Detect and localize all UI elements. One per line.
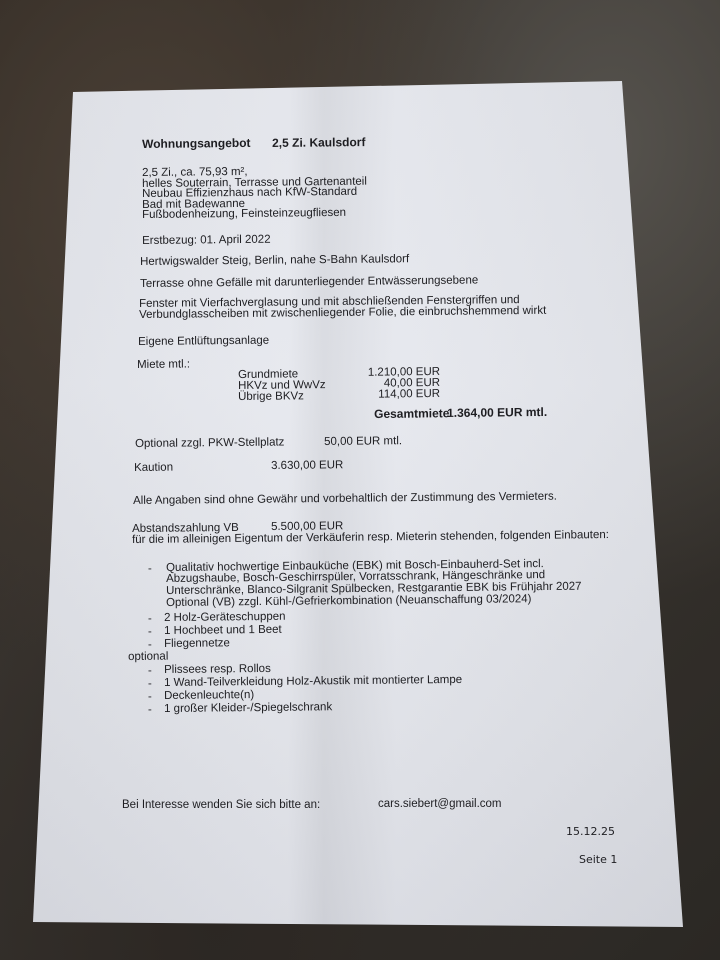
- list-item: Deckenleuchte(n): [164, 689, 254, 703]
- rent-item-name: Übrige BKVz: [238, 390, 304, 404]
- list-bullet: -: [148, 613, 152, 625]
- rent-label: Miete mtl.:: [137, 358, 190, 372]
- contact-email[interactable]: cars.siebert@gmail.com: [378, 798, 502, 811]
- list-bullet: -: [148, 639, 152, 651]
- rent-item-amount: 114,00 EUR: [340, 388, 440, 402]
- list-item: 1 großer Kleider-/Spiegelschrank: [164, 701, 332, 716]
- total-rent-amount: 1.364,00 EUR mtl.: [447, 406, 547, 420]
- list-item: 1 Hochbeet und 1 Beet: [164, 624, 282, 638]
- parking-amount: 50,00 EUR mtl.: [324, 435, 402, 449]
- total-rent-label: Gesamtmiete: [374, 407, 450, 421]
- list-bullet: -: [148, 691, 152, 703]
- deposit-amount: 3.630,00 EUR: [271, 459, 343, 473]
- feature-line: Fußbodenheizung, Feinsteinzeugfliesen: [142, 207, 346, 222]
- list-bullet: -: [148, 563, 152, 575]
- list-item: 2 Holz-Geräteschuppen: [164, 611, 286, 625]
- ventilation-info: Eigene Entlüftungsanlage: [138, 335, 269, 349]
- contact-label: Bei Interesse wenden Sie sich bitte an:: [122, 799, 320, 812]
- list-bullet: -: [148, 665, 152, 677]
- list-item: Fliegennetze: [164, 637, 230, 651]
- list-bullet: -: [148, 704, 152, 716]
- document-heading: Wohnungsangebot: [142, 137, 251, 151]
- list-bullet: -: [148, 678, 152, 690]
- list-bullet: -: [148, 626, 152, 638]
- parking-label: Optional zzgl. PKW-Stellplatz: [135, 436, 284, 451]
- document-heading-location: 2,5 Zi. Kaulsdorf: [272, 136, 365, 150]
- deposit-label: Kaution: [134, 462, 173, 475]
- optional-label: optional: [128, 651, 168, 664]
- list-item: Plissees resp. Rollos: [164, 663, 271, 677]
- page-number: Seite 1: [579, 853, 617, 866]
- move-in-date: Erstbezug: 01. April 2022: [142, 234, 271, 248]
- document-date: 15.12.25: [566, 825, 615, 838]
